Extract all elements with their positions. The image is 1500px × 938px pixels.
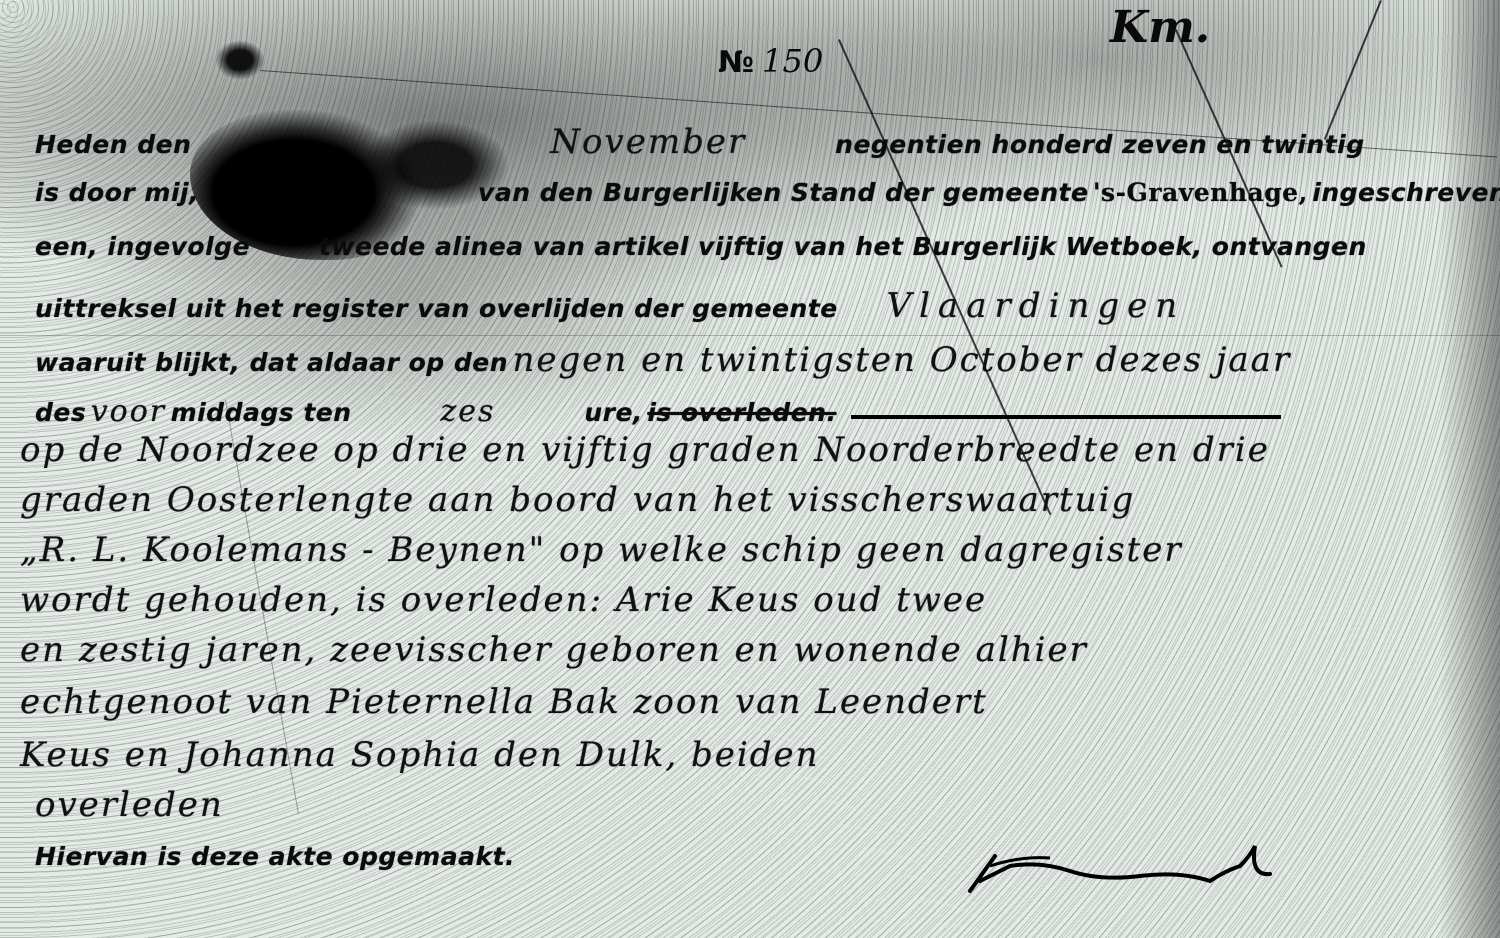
handwritten-line-4: wordt gehouden, is overleden: Arie Keus … bbox=[20, 580, 987, 620]
form-line-2: is door mij, van den Burgerlijken Stand … bbox=[35, 178, 1500, 207]
printed-place: 's-Gravenhage, bbox=[1093, 178, 1308, 207]
ink-smudge-top bbox=[215, 40, 265, 80]
scan-rule-line bbox=[0, 335, 1500, 336]
handwritten-line-6: echtgenoot van Pieternella Bak zoon van … bbox=[20, 682, 988, 722]
printed-text: negentien honderd zeven en twintig bbox=[835, 130, 1364, 159]
handwritten-line-5: en zestig jaren, zeevisscher geboren en … bbox=[20, 630, 1088, 670]
form-line-4: uittreksel uit het register van overlijd… bbox=[35, 286, 1185, 326]
form-line-3: een, ingevolge tweede alinea van artikel… bbox=[35, 232, 1367, 261]
form-line-5: waaruit blijkt, dat aldaar op den negen … bbox=[35, 340, 1291, 380]
handwritten-voor: voor bbox=[91, 394, 166, 429]
form-line-1: Heden den November negentien honderd zev… bbox=[35, 122, 1365, 162]
printed-text: waaruit blijkt, dat aldaar op den bbox=[35, 348, 508, 377]
certificate-number: №150 bbox=[718, 42, 823, 80]
handwritten-place: Vlaardingen bbox=[887, 286, 1186, 326]
handwritten-line-7: Keus en Johanna Sophia den Dulk, beiden bbox=[20, 735, 820, 775]
number-value: 150 bbox=[762, 42, 823, 80]
printed-text: middags ten bbox=[171, 398, 352, 427]
handwritten-line-8: overleden bbox=[35, 785, 224, 825]
fill-line bbox=[851, 415, 1281, 419]
handwritten-line-2: graden Oosterlengte aan boord van het vi… bbox=[20, 480, 1135, 520]
clerk-initials: Km. bbox=[1110, 2, 1210, 53]
printed-text: ure, bbox=[584, 398, 643, 427]
handwritten-date: negen en twintigsten October dezes jaar bbox=[512, 340, 1291, 380]
handwritten-hour: zes bbox=[440, 394, 495, 429]
number-sign: № bbox=[718, 45, 754, 80]
printed-text: van den Burgerlijken Stand der gemeente bbox=[478, 178, 1088, 207]
printed-text: uittreksel uit het register van overlijd… bbox=[35, 294, 838, 323]
scan-edge-shadow bbox=[1440, 0, 1500, 938]
handwritten-line-3: „R. L. Koolemans - Beynen" op welke schi… bbox=[20, 530, 1183, 570]
signature-icon bbox=[950, 836, 1310, 896]
handwritten-line-1: op de Noordzee op drie en vijftig graden… bbox=[20, 430, 1270, 470]
printed-text: ingeschreven bbox=[1312, 178, 1500, 207]
handwritten-month: November bbox=[550, 122, 746, 162]
printed-text: Heden den bbox=[35, 130, 191, 159]
printed-text: tweede alinea van artikel vijftig van he… bbox=[319, 232, 1367, 261]
struck-text: is overleden. bbox=[647, 398, 836, 427]
closing-statement: Hiervan is deze akte opgemaakt. bbox=[35, 842, 515, 871]
printed-text: een, ingevolge bbox=[35, 232, 250, 261]
printed-text: is door mij, bbox=[35, 178, 199, 207]
printed-text: des bbox=[35, 398, 86, 427]
form-line-6: des voor middags ten zes ure, is overled… bbox=[35, 394, 1281, 429]
